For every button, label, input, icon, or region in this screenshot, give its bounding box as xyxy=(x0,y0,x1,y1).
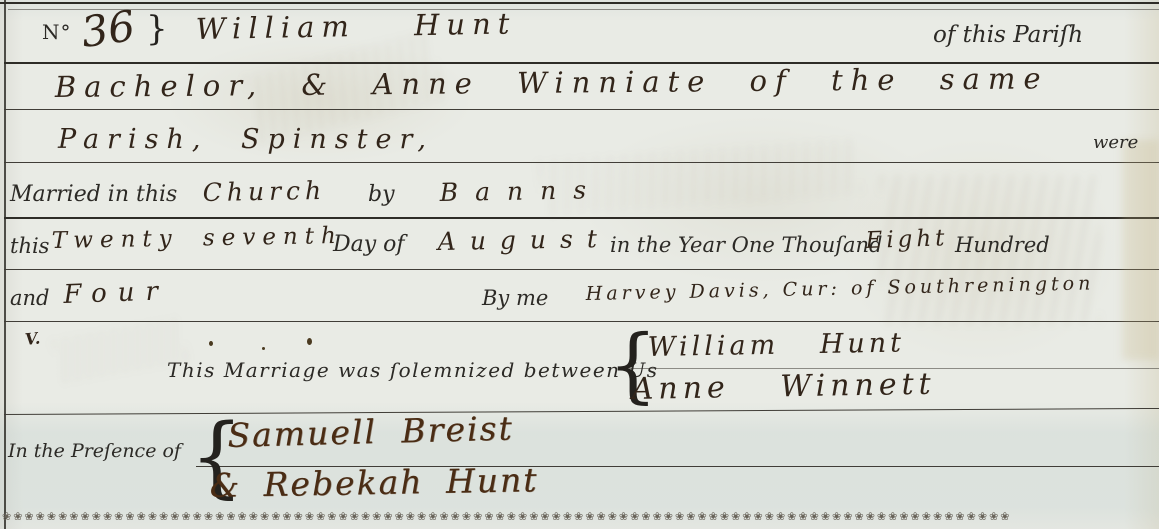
married-in-this-label: Married in this xyxy=(10,182,177,207)
ink-speck xyxy=(262,347,265,350)
marriage-register-scan: N° 36 } William Hunt of this Pariſh Bach… xyxy=(0,0,1159,529)
rule-line-row4 xyxy=(4,217,1159,219)
witness1-signature: Samuell Breist xyxy=(227,409,514,455)
left-border-line xyxy=(4,0,6,529)
hundred-label: Hundred xyxy=(955,233,1050,257)
solemnized-label: This Marriage was ſolemnized between Us xyxy=(167,358,659,382)
by-label: by xyxy=(368,182,395,207)
entry-number-label: N° xyxy=(42,20,72,44)
ornament-border: ❀❀❀❀❀❀❀❀❀❀❀❀❀❀❀❀❀❀❀❀❀❀❀❀❀❀❀❀❀❀❀❀❀❀❀❀❀❀❀❀… xyxy=(2,510,1159,528)
year-hundreds-handwritten: Eight xyxy=(865,225,949,254)
top-border-line-inner xyxy=(8,9,1159,10)
of-this-parish-label: of this Pariſh xyxy=(933,22,1083,48)
bride-signature: Anne Winnett xyxy=(631,367,936,407)
bleed-through-mark xyxy=(1122,140,1159,360)
year-printed-label: in the Year One Thouſand xyxy=(610,233,883,257)
top-border-line xyxy=(0,2,1159,4)
entry-number-brace: } xyxy=(146,12,168,46)
by-me-label: By me xyxy=(482,286,548,310)
groom-name-handwritten: William Hunt xyxy=(195,6,516,46)
ink-speck xyxy=(307,338,312,345)
day-of-label: Day of xyxy=(333,232,405,257)
month-handwritten: August xyxy=(437,224,611,256)
rule-line-signature-bottom xyxy=(4,408,1159,415)
and-label: and xyxy=(10,286,50,310)
year-units-handwritten: Four xyxy=(63,276,169,310)
rule-line-row2 xyxy=(4,109,1159,110)
method-handwritten: Banns xyxy=(439,175,603,207)
were-label: were xyxy=(1093,132,1138,153)
rule-line-row6 xyxy=(4,321,1159,322)
this-label: this xyxy=(10,234,49,258)
entry-number-value: 36 xyxy=(78,1,138,57)
in-the-presence-of-label: In the Preſence of xyxy=(8,440,181,462)
ink-speck xyxy=(209,341,213,346)
groom-signature: William Hunt xyxy=(647,328,905,363)
officiant-handwritten: Harvey Davis, Cur: of Southrenington xyxy=(586,272,1095,305)
day-handwritten: Twenty seventh xyxy=(52,223,343,254)
condition-line-handwritten: Bachelor, & Anne Winniate of the same xyxy=(55,61,1049,104)
rule-line-row5 xyxy=(4,269,1159,270)
witness2-signature: & Rebekah Hunt xyxy=(209,460,538,505)
parish-line-handwritten: Parish, Spinster, xyxy=(58,124,434,155)
rule-line-row3 xyxy=(4,162,1159,163)
place-handwritten: Church xyxy=(202,176,326,207)
margin-mark: V. xyxy=(24,329,41,349)
